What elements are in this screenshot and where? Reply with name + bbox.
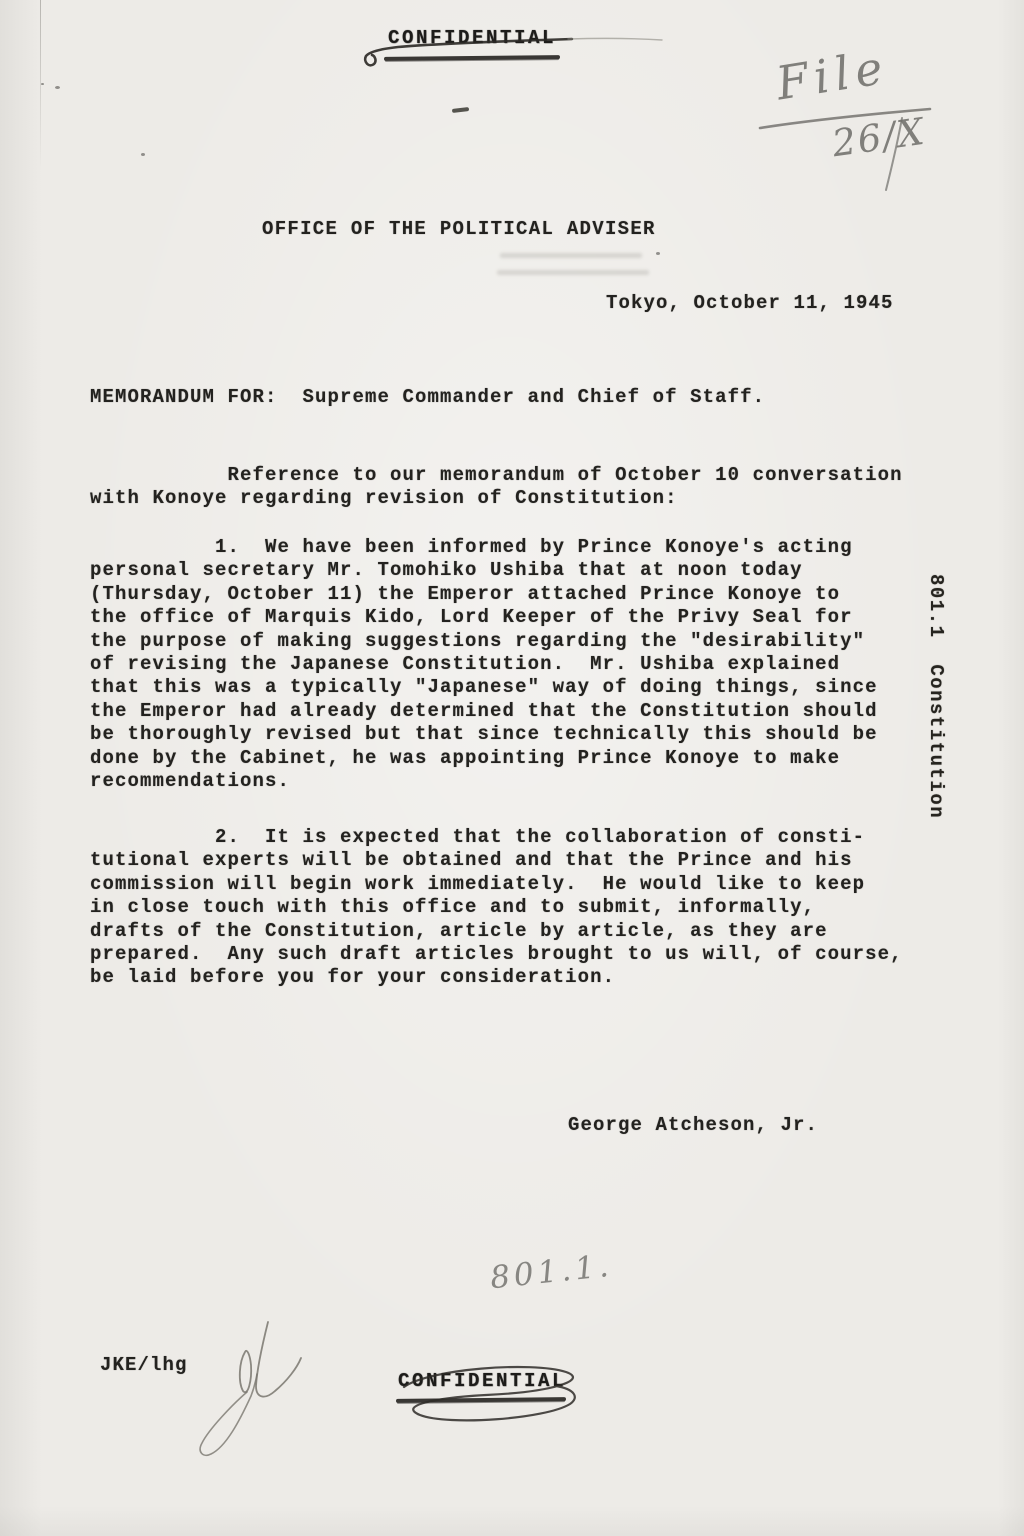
paper-speck bbox=[55, 86, 60, 89]
paper-speck bbox=[656, 252, 660, 255]
stray-dash-mark bbox=[452, 107, 469, 113]
classification-stamp-top: CONFIDENTIAL bbox=[388, 27, 556, 50]
signature-squiggle-stroke bbox=[256, 1322, 301, 1397]
handwritten-file-note: File bbox=[772, 40, 892, 111]
letterhead-office-title: OFFICE OF THE POLITICAL ADVISER bbox=[262, 218, 656, 241]
dateline: Tokyo, October 11, 1945 bbox=[606, 292, 894, 315]
body-paragraph-2: 2. It is expected that the collaboration… bbox=[90, 826, 903, 990]
memorandum-addressee-line: MEMORANDUM FOR: Supreme Commander and Ch… bbox=[90, 386, 765, 409]
ghost-bleed-line bbox=[500, 253, 642, 258]
body-paragraph-1: 1. We have been informed by Prince Konoy… bbox=[90, 536, 878, 793]
signature-name: George Atcheson, Jr. bbox=[568, 1114, 818, 1137]
reference-paragraph: Reference to our memorandum of October 1… bbox=[90, 464, 903, 511]
classification-underline-top bbox=[384, 55, 560, 61]
ghost-bleed-line bbox=[497, 270, 649, 275]
side-file-number-vertical: 801.1 Constitution bbox=[925, 574, 947, 819]
signature-squiggle-loop bbox=[240, 1351, 251, 1392]
strikeout-tail-top bbox=[568, 38, 662, 40]
classification-underline-bottom bbox=[396, 1397, 566, 1403]
signature-squiggle-tail bbox=[200, 1374, 257, 1455]
paper-speck bbox=[41, 83, 44, 85]
paper-edge-line bbox=[40, 0, 41, 170]
classification-stamp-bottom: CONFIDENTIAL bbox=[398, 1370, 566, 1393]
memorandum-scan-page: CONFIDENTIAL File 26/X OFFICE OF THE POL… bbox=[0, 0, 1024, 1536]
handwritten-initials: 26/X bbox=[829, 110, 928, 166]
handwritten-file-number: 801.1. bbox=[488, 1248, 614, 1297]
typist-initials: JKE/lhg bbox=[100, 1354, 188, 1377]
paper-speck bbox=[141, 153, 145, 156]
